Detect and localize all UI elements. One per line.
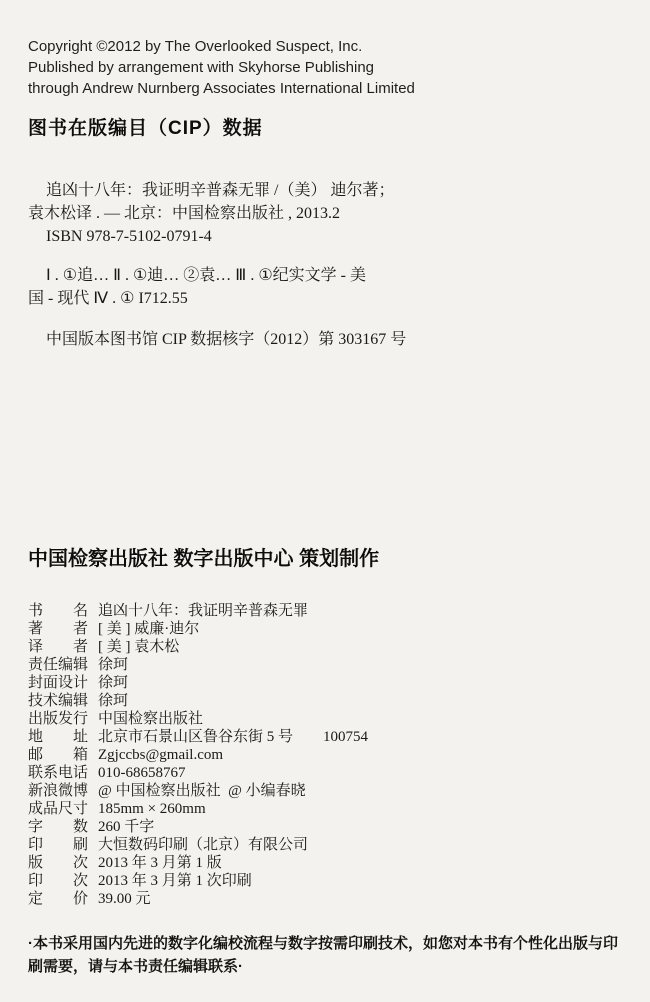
colophon-value: [ 美 ] 袁木松	[98, 638, 179, 656]
copyright-line-3: through Andrew Nurnberg Associates Inter…	[28, 78, 626, 99]
colophon-row-author: 著 者 [ 美 ] 威廉·迪尔	[28, 620, 626, 638]
colophon-row-translator: 译 者 [ 美 ] 袁木松	[28, 638, 626, 656]
colophon-row-weibo: 新浪微博 @ 中国检察出版社 @ 小编春晓	[28, 782, 626, 800]
colophon-table: 书 名 追凶十八年：我证明辛普森无罪 著 者 [ 美 ] 威廉·迪尔 译 者 […	[28, 602, 626, 908]
colophon-label: 印 刷	[28, 836, 90, 854]
colophon-row-price: 定 价 39.00 元	[28, 890, 626, 908]
colophon-value: 徐珂	[98, 674, 128, 692]
colophon-value: 追凶十八年：我证明辛普森无罪	[98, 602, 308, 620]
cip-classification-line-2: 国 - 现代 Ⅳ . ① I712.55	[28, 287, 626, 310]
colophon-value: 大恒数码印刷（北京）有限公司	[98, 836, 308, 854]
colophon-row-phone: 联系电话 010-68658767	[28, 764, 626, 782]
colophon-label: 技术编辑	[28, 692, 90, 710]
cip-classification-line-1: Ⅰ . ①追… Ⅱ . ①迪… ②袁… Ⅲ . ①纪实文学 - 美	[28, 264, 626, 287]
colophon-row-address: 地 址 北京市石景山区鲁谷东街 5 号 100754	[28, 728, 626, 746]
colophon-label: 印 次	[28, 872, 90, 890]
book-copyright-page: Copyright ©2012 by The Overlooked Suspec…	[0, 0, 650, 1002]
colophon-value: 徐珂	[98, 692, 128, 710]
colophon-value: @ 中国检察出版社 @ 小编春晓	[98, 782, 306, 800]
isbn-line: ISBN 978-7-5102-0791-4	[28, 225, 626, 248]
cip-record-number: 中国版本图书馆 CIP 数据核字（2012）第 303167 号	[28, 328, 626, 351]
copyright-line-2: Published by arrangement with Skyhorse P…	[28, 57, 626, 78]
colophon-row-email: 邮 箱 Zgjccbs@gmail.com	[28, 746, 626, 764]
colophon-row-technical-editor: 技术编辑 徐珂	[28, 692, 626, 710]
colophon-value: 260 千字	[98, 818, 154, 836]
colophon-value: 39.00 元	[98, 890, 151, 908]
cip-title-line: 追凶十八年：我证明辛普森无罪 /（美） 迪尔著；	[28, 179, 626, 202]
colophon-value: [ 美 ] 威廉·迪尔	[98, 620, 199, 638]
colophon-label: 封面设计	[28, 674, 90, 692]
copyright-line-1: Copyright ©2012 by The Overlooked Suspec…	[28, 36, 626, 57]
colophon-row-publisher: 出版发行 中国检察出版社	[28, 710, 626, 728]
cip-classification-block: Ⅰ . ①追… Ⅱ . ①迪… ②袁… Ⅲ . ①纪实文学 - 美 国 - 现代…	[28, 264, 626, 310]
colophon-row-word-count: 字 数 260 千字	[28, 818, 626, 836]
colophon-value: Zgjccbs@gmail.com	[98, 746, 223, 764]
colophon-row-cover-design: 封面设计 徐珂	[28, 674, 626, 692]
colophon-row-size: 成品尺寸 185mm × 260mm	[28, 800, 626, 818]
print-on-demand-note: ·本书采用国内先进的数字化编校流程与数字按需印刷技术，如您对本书有个性化出版与印…	[28, 932, 630, 978]
colophon-label: 书 名	[28, 602, 90, 620]
colophon-row-edition: 版 次 2013 年 3 月第 1 版	[28, 854, 626, 872]
colophon-row-responsible-editor: 责任编辑 徐珂	[28, 656, 626, 674]
colophon-label: 联系电话	[28, 764, 90, 782]
colophon-label: 字 数	[28, 818, 90, 836]
colophon-label: 责任编辑	[28, 656, 90, 674]
colophon-label: 成品尺寸	[28, 800, 90, 818]
colophon-label: 版 次	[28, 854, 90, 872]
colophon-value: 徐珂	[98, 656, 128, 674]
cip-heading: 图书在版编目（CIP）数据	[28, 117, 626, 141]
colophon-label: 地 址	[28, 728, 90, 746]
colophon-label: 邮 箱	[28, 746, 90, 764]
copyright-block: Copyright ©2012 by The Overlooked Suspec…	[28, 36, 626, 99]
colophon-value: 2013 年 3 月第 1 版	[98, 854, 222, 872]
colophon-label: 著 者	[28, 620, 90, 638]
colophon-value: 北京市石景山区鲁谷东街 5 号 100754	[98, 728, 368, 746]
colophon-row-printer: 印 刷 大恒数码印刷（北京）有限公司	[28, 836, 626, 854]
colophon-value: 185mm × 260mm	[98, 800, 206, 818]
colophon-row-printing: 印 次 2013 年 3 月第 1 次印刷	[28, 872, 626, 890]
colophon-value: 中国检察出版社	[98, 710, 203, 728]
cip-publisher-line: 袁木松译 . — 北京：中国检察出版社 , 2013.2	[28, 202, 626, 225]
colophon-label: 出版发行	[28, 710, 90, 728]
colophon-label: 译 者	[28, 638, 90, 656]
colophon-label: 新浪微博	[28, 782, 90, 800]
cip-entry-block: 追凶十八年：我证明辛普森无罪 /（美） 迪尔著； 袁木松译 . — 北京：中国检…	[28, 179, 626, 248]
colophon-row-book-title: 书 名 追凶十八年：我证明辛普森无罪	[28, 602, 626, 620]
production-heading: 中国检察出版社 数字出版中心 策划制作	[28, 546, 626, 572]
colophon-value: 010-68658767	[98, 764, 186, 782]
colophon-label: 定 价	[28, 890, 90, 908]
colophon-value: 2013 年 3 月第 1 次印刷	[98, 872, 252, 890]
